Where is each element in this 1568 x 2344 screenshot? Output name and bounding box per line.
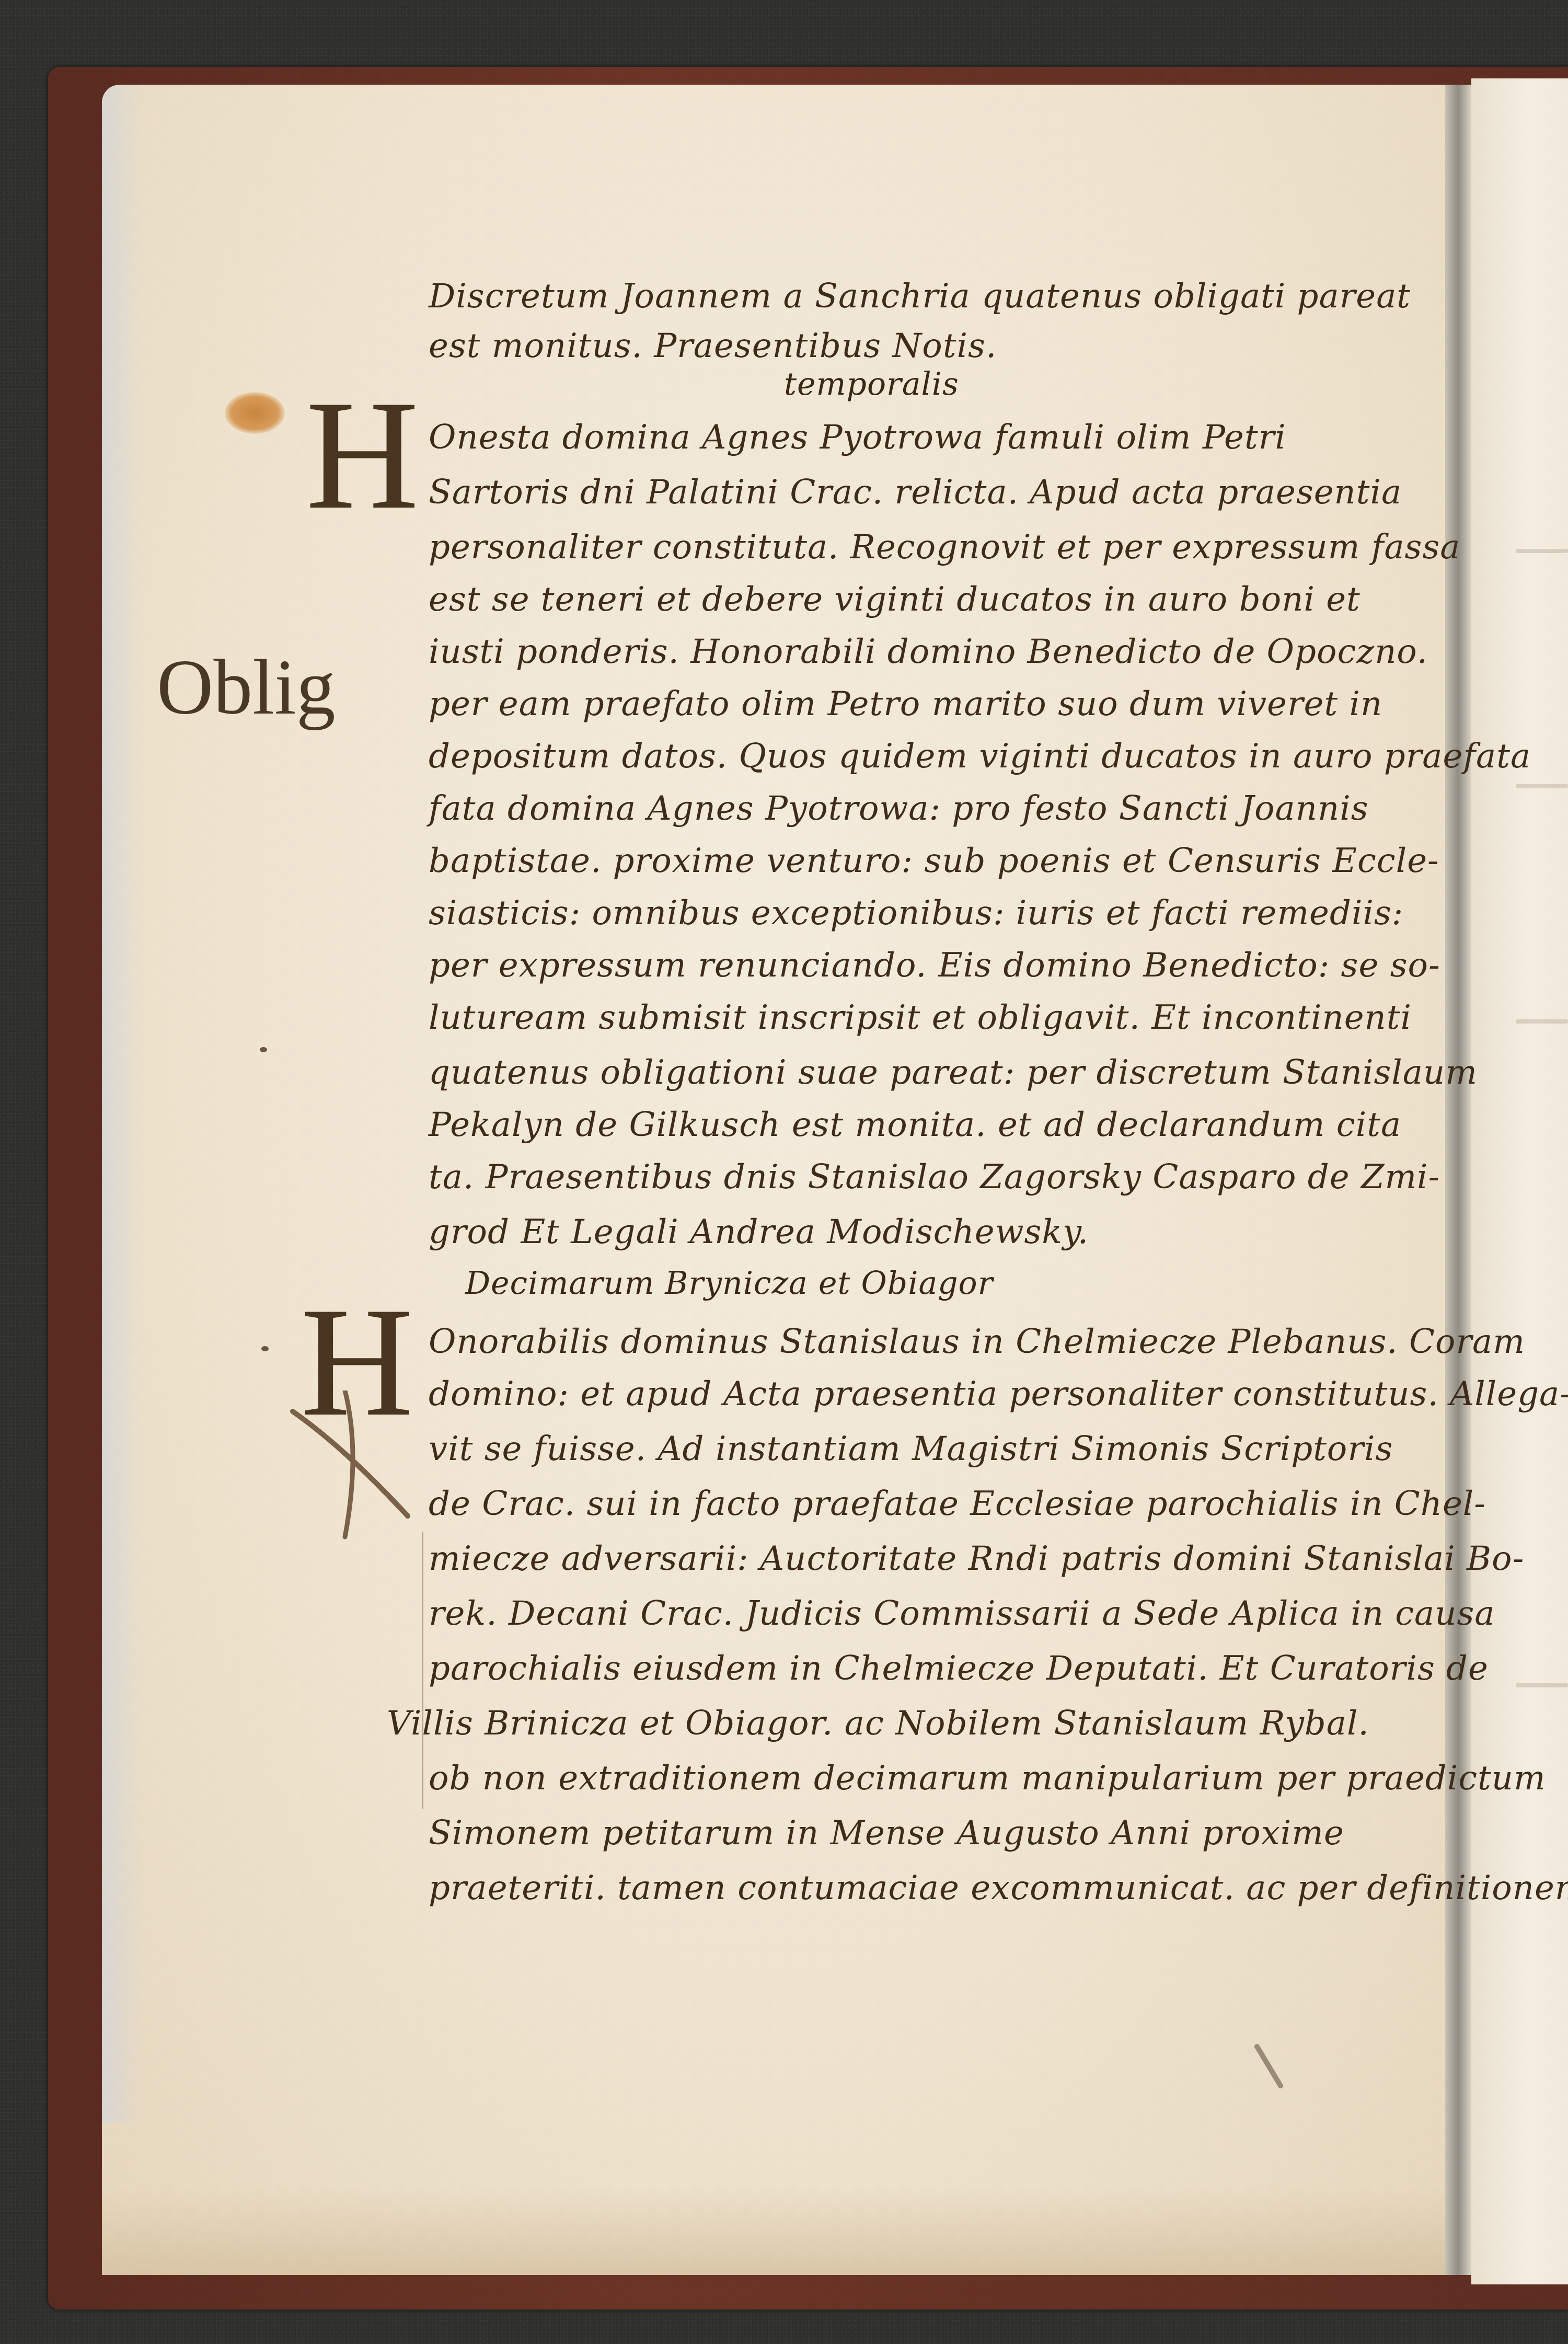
entry1-line: Pekalyn de Gilkusch est monita. et ad de… bbox=[429, 1106, 1401, 1144]
entry2-line: miecze adversarii: Auctoritate Rndi patr… bbox=[429, 1539, 1524, 1578]
ink-stain bbox=[225, 392, 285, 434]
entry2-line: praeteriti. tamen contumaciae excommunic… bbox=[429, 1869, 1568, 1908]
margin-note-obligatio: Oblig bbox=[157, 648, 336, 727]
preamble-line-2: est monitus. Praesentibus Notis. bbox=[429, 327, 997, 365]
entry1-heading: temporalis bbox=[784, 366, 959, 403]
entry2-line: Onorabilis dominus Stanislaus in Chelmie… bbox=[429, 1323, 1525, 1361]
entry1-line: est se teneri et debere viginti ducatos … bbox=[429, 580, 1361, 619]
entry1-line: personaliter constituta. Recognovit et p… bbox=[429, 528, 1460, 567]
entry2-line: ob non extraditionem decimarum manipular… bbox=[429, 1759, 1546, 1798]
preamble-line-1: Discretum Joannem a Sanchria quatenus ob… bbox=[429, 277, 1411, 316]
margin-dot bbox=[261, 1346, 269, 1351]
facing-page-ghost-text bbox=[1516, 1019, 1568, 1024]
entry1-line: per eam praefato olim Petro marito suo d… bbox=[429, 685, 1382, 723]
entry1-initial: H bbox=[306, 376, 419, 533]
entry1-line: siasticis: omnibus exceptionibus: iuris … bbox=[429, 894, 1403, 933]
entry2-line: rek. Decani Crac. Judicis Commissarii a … bbox=[429, 1594, 1495, 1633]
entry1-line: iusti ponderis. Honorabili domino Benedi… bbox=[429, 633, 1428, 671]
facing-page-ghost-text bbox=[1516, 784, 1568, 788]
book-gutter bbox=[1445, 85, 1471, 2275]
entry2-line: domino: et apud Acta praesentia personal… bbox=[429, 1375, 1568, 1414]
entry1-line: lutuream submisit inscripsit et obligavi… bbox=[429, 998, 1412, 1037]
entry1-line: ta. Praesentibus dnis Stanislao Zagorsky… bbox=[429, 1158, 1440, 1197]
entry2-initial: H bbox=[301, 1283, 414, 1440]
entry2-line: parochialis eiusdem in Chelmiecze Deputa… bbox=[429, 1649, 1489, 1688]
entry1-line: per expressum renunciando. Eis domino Be… bbox=[429, 946, 1440, 985]
entry2-line: de Crac. sui in facto praefatae Ecclesia… bbox=[429, 1485, 1486, 1523]
facing-page-ghost-text bbox=[1516, 549, 1568, 553]
entry1-line: Onesta domina Agnes Pyotrowa famuli olim… bbox=[429, 418, 1286, 457]
entry2-line: Simonem petitarum in Mense Augusto Anni … bbox=[429, 1814, 1344, 1853]
margin-dot bbox=[260, 1047, 267, 1052]
entry1-line: fata domina Agnes Pyotrowa: pro festo Sa… bbox=[429, 789, 1368, 828]
entry2-line: vit se fuisse. Ad instantiam Magistri Si… bbox=[429, 1430, 1393, 1468]
entry1-line: baptistae. proxime venturo: sub poenis e… bbox=[429, 842, 1439, 880]
facing-page-ghost-text bbox=[1516, 1683, 1568, 1687]
facing-page-edge bbox=[1471, 78, 1568, 2284]
entry2-heading: Decimarum Brynicza et Obiagor bbox=[465, 1265, 993, 1302]
entry1-line: depositum datos. Quos quidem viginti duc… bbox=[429, 737, 1531, 776]
entry1-line: grod Et Legali Andrea Modischewsky. bbox=[429, 1213, 1089, 1251]
entry1-line: Sartoris dni Palatini Crac. relicta. Apu… bbox=[429, 473, 1402, 512]
margin-ruling-line bbox=[422, 1532, 423, 1809]
pen-stroke-mark bbox=[1254, 2044, 1286, 2091]
entry1-line: quatenus obligationi suae pareat: per di… bbox=[429, 1053, 1478, 1092]
entry2-line: Villis Brinicza et Obiagor. ac Nobilem S… bbox=[387, 1704, 1369, 1743]
